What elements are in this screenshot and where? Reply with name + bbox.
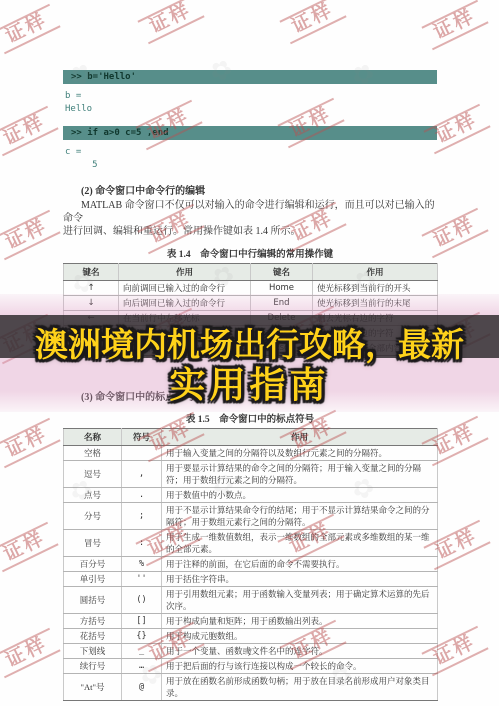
table-cell: 用于括住字符串。	[162, 572, 438, 587]
table-cell: 用于构成向量和矩阵；用于函数输出列表。	[162, 614, 438, 629]
table-cell: 圆括号	[64, 587, 122, 614]
table-cell: 花括号	[64, 629, 122, 644]
table-cell: 用于把后面的行与该行连接以构成一个较长的命令。	[162, 659, 438, 674]
column-header: 作用	[313, 264, 438, 281]
table-cell: …	[122, 659, 162, 674]
table-cell: 用于数值中的小数点。	[162, 488, 438, 503]
table-cell: @	[122, 674, 162, 701]
red-stamp-watermark: 证样	[279, 0, 346, 44]
table-cell: 用于生成一维数值数组，表示一维数组的全部元素或多维数组的某一维的全部元素。	[162, 530, 438, 557]
table-1-5-caption: 表 1.5 命令窗口中的标点符号	[63, 411, 437, 425]
column-header: 作用	[162, 429, 438, 446]
table-cell: 空格	[64, 446, 122, 461]
table-row: ↑向前调回已输入过的命令行Home使光标移到当前行的开头	[64, 281, 438, 296]
table-cell: 百分号	[64, 557, 122, 572]
table-cell: 逗号	[64, 461, 122, 488]
table-cell: 冒号	[64, 530, 122, 557]
subsection-heading-editing: (2) 命令窗口中命令行的编辑	[63, 182, 437, 197]
table-row: 逗号,用于要显示计算结果的命令之间的分隔符；用于输入变量之间的分隔符；用于数组行…	[64, 461, 438, 488]
table-cell: 用于注释的前面，在它后面的命令不需要执行。	[162, 557, 438, 572]
red-stamp-watermark: 证样	[137, 0, 204, 44]
table-cell: 分号	[64, 503, 122, 530]
table-row: 百分号%用于注释的前面，在它后面的命令不需要执行。	[64, 557, 438, 572]
table-cell: []	[122, 614, 162, 629]
red-stamp-watermark: 证样	[0, 522, 59, 572]
red-stamp-watermark: 证样	[0, 418, 61, 468]
code-output-block: c = 5	[63, 146, 437, 172]
table-cell: ↓	[64, 296, 119, 311]
table-1-4-caption: 表 1.4 命令窗口中行编辑的常用操作键	[63, 246, 437, 260]
body-paragraph: MATLAB 命令窗口不仅可以对输入的命令进行编辑和运行，而且可以对已输入的命令…	[63, 199, 437, 238]
table-cell: {}	[122, 629, 162, 644]
table-cell: 用于要显示计算结果的命令之间的分隔符；用于输入变量之间的分隔符；用于数组行元素之…	[162, 461, 438, 488]
table-cell: 点号	[64, 488, 122, 503]
table-punctuation: 名称符号作用 空格用于输入变量之间的分隔符以及数组行元素之间的分隔符。逗号,用于…	[63, 428, 438, 701]
paragraph-line: 进行回调、编辑和重运行。常用操作键如表 1.4 所示。	[63, 225, 437, 238]
table-cell: 用于构成元胞数组。	[162, 629, 438, 644]
matlab-code-session: >> b='Hello'b = Hello>> if a>0 c=5 ,endc…	[63, 70, 437, 172]
column-header: 符号	[122, 429, 162, 446]
table-cell: 用于引用数组元素；用于函数输入变量列表；用于确定算术运算的先后次序。	[162, 587, 438, 614]
table-row: 续行号…用于把后面的行与该行连接以构成一个较长的命令。	[64, 659, 438, 674]
table-row: "At"号@用于放在函数名前形成函数句柄；用于放在目录名前形成用户对象类目录。	[64, 674, 438, 701]
spam-title-line2: 实用指南	[0, 357, 499, 408]
red-stamp-watermark: 证样	[421, 0, 488, 50]
table-row: 圆括号()用于引用数组元素；用于函数输入变量列表；用于确定算术运算的先后次序。	[64, 587, 438, 614]
table-cell: ()	[122, 587, 162, 614]
table-cell: %	[122, 557, 162, 572]
book-page: >> b='Hello'b = Hello>> if a>0 c=5 ,endc…	[0, 0, 499, 706]
table-cell: 续行号	[64, 659, 122, 674]
table-cell: "At"号	[64, 674, 122, 701]
table-row: 分号;用于不显示计算结果命令行的结尾；用于不显示计算结果命令之间的分隔符；用于数…	[64, 503, 438, 530]
table-row: 空格用于输入变量之间的分隔符以及数组行元素之间的分隔符。	[64, 446, 438, 461]
table-row: 方括号[]用于构成向量和矩阵；用于函数输出列表。	[64, 614, 438, 629]
red-stamp-watermark: 证样	[0, 106, 59, 156]
table-cell: 向前调回已输入过的命令行	[119, 281, 251, 296]
code-output-block: b = Hello	[63, 90, 437, 116]
table-cell: 用于不显示计算结果命令行的结尾；用于不显示计算结果命令之间的分隔符；用于数组元素…	[162, 503, 438, 530]
paragraph-line: MATLAB 命令窗口不仅可以对输入的命令进行编辑和运行，而且可以对已输入的命令	[63, 199, 437, 225]
table-cell: :	[122, 530, 162, 557]
page-number: 7	[0, 648, 499, 658]
table-cell: 使光标移到当前行的开头	[313, 281, 438, 296]
table-row: 冒号:用于生成一维数值数组，表示一维数组的全部元素或多维数组的某一维的全部元素。	[64, 530, 438, 557]
table-cell: 单引号	[64, 572, 122, 587]
table-header-row: 名称符号作用	[64, 429, 438, 446]
table-cell: 方括号	[64, 614, 122, 629]
table-row: 点号.用于数值中的小数点。	[64, 488, 438, 503]
column-header: 作用	[119, 264, 251, 281]
red-stamp-watermark: 证样	[0, 210, 61, 260]
table-cell: 用于放在函数名前形成函数句柄；用于放在目录名前形成用户对象类目录。	[162, 674, 438, 701]
table-cell: 用于输入变量之间的分隔符以及数组行元素之间的分隔符。	[162, 446, 438, 461]
table-header-row: 键名作用键名作用	[64, 264, 438, 281]
table-cell: 使光标移到当前行的末尾	[313, 296, 438, 311]
column-header: 键名	[251, 264, 313, 281]
table-row: ↓向后调回已输入过的命令行End使光标移到当前行的末尾	[64, 296, 438, 311]
table-cell: ;	[122, 503, 162, 530]
table-row: 单引号''用于括住字符串。	[64, 572, 438, 587]
table-cell: End	[251, 296, 313, 311]
column-header: 名称	[64, 429, 122, 446]
table-cell: .	[122, 488, 162, 503]
red-stamp-watermark: 证样	[0, 4, 61, 54]
table-cell: ↑	[64, 281, 119, 296]
table-row: 花括号{}用于构成元胞数组。	[64, 629, 438, 644]
table-cell	[122, 446, 162, 461]
table-cell: Home	[251, 281, 313, 296]
code-input-line: >> b='Hello'	[63, 70, 437, 84]
table-cell: ''	[122, 572, 162, 587]
column-header: 键名	[64, 264, 119, 281]
table-cell: ,	[122, 461, 162, 488]
code-input-line: >> if a>0 c=5 ,end	[63, 126, 437, 140]
table-cell: 向后调回已输入过的命令行	[119, 296, 251, 311]
